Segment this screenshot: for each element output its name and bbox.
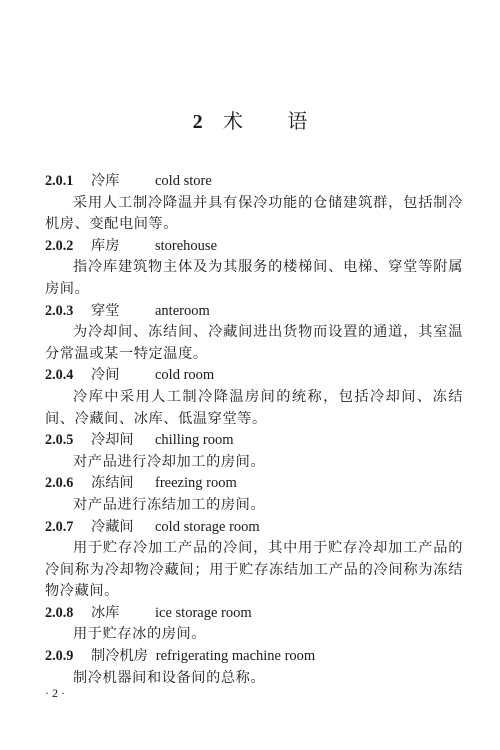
term-number: 2.0.5 — [45, 430, 91, 452]
term-heading: 2.0.4冷间cold room — [45, 365, 463, 387]
term-number: 2.0.4 — [45, 365, 91, 387]
term-number: 2.0.8 — [45, 603, 91, 625]
term-english: refrigerating machine room — [156, 648, 315, 664]
term-entry: 2.0.7冷藏间cold storage room 用于贮存冷加工产品的冷间，其… — [45, 517, 463, 603]
term-chinese: 穿堂 — [91, 301, 147, 323]
term-chinese: 冷库 — [91, 171, 147, 193]
term-definition: 对产品进行冷却加工的房间。 — [45, 452, 463, 474]
chapter-title: 2 术 语 — [0, 105, 500, 134]
term-number: 2.0.3 — [45, 301, 91, 323]
term-english: anteroom — [155, 303, 210, 319]
term-entry: 2.0.8冰库ice storage room 用于贮存冰的房间。 — [45, 603, 463, 646]
term-heading: 2.0.3穿堂anteroom — [45, 301, 463, 323]
term-chinese: 库房 — [91, 236, 147, 258]
term-number: 2.0.9 — [45, 646, 91, 668]
chapter-number: 2 — [193, 111, 203, 133]
chapter-title-char-1: 术 — [223, 109, 243, 133]
term-entry: 2.0.1冷库cold store 采用人工制冷降温并具有保冷功能的仓储建筑群，… — [45, 171, 463, 236]
term-heading: 2.0.2库房storehouse — [45, 236, 463, 258]
term-heading: 2.0.1冷库cold store — [45, 171, 463, 193]
term-heading: 2.0.6冻结间freezing room — [45, 473, 463, 495]
term-definition: 采用人工制冷降温并具有保冷功能的仓储建筑群，包括制冷机房、变配电间等。 — [45, 193, 463, 236]
term-english: storehouse — [155, 238, 217, 254]
term-entry: 2.0.2库房storehouse 指冷库建筑物主体及为其服务的楼梯间、电梯、穿… — [45, 236, 463, 301]
term-chinese: 冻结间 — [91, 473, 147, 495]
page-number: · 2 · — [45, 686, 65, 701]
term-english: ice storage room — [155, 605, 252, 621]
term-english: cold room — [155, 367, 214, 383]
term-english: freezing room — [155, 475, 237, 491]
term-heading: 2.0.5冷却间chilling room — [45, 430, 463, 452]
term-english: cold store — [155, 173, 212, 189]
term-definition: 制冷机器间和设备间的总称。 — [45, 668, 463, 690]
term-number: 2.0.2 — [45, 236, 91, 258]
term-entry: 2.0.6冻结间freezing room 对产品进行冻结加工的房间。 — [45, 473, 463, 516]
term-entry: 2.0.4冷间cold room 冷库中采用人工制冷降温房间的统称，包括冷却间、… — [45, 365, 463, 430]
chapter-title-char-2: 语 — [287, 109, 307, 133]
term-entry: 2.0.9制冷机房refrigerating machine room 制冷机器… — [45, 646, 463, 689]
term-entry: 2.0.3穿堂anteroom 为冷却间、冻结间、冷藏间进出货物而设置的通道，其… — [45, 301, 463, 366]
term-chinese: 冷间 — [91, 365, 147, 387]
term-chinese: 冰库 — [91, 603, 147, 625]
term-definition: 指冷库建筑物主体及为其服务的楼梯间、电梯、穿堂等附属房间。 — [45, 257, 463, 300]
term-heading: 2.0.7冷藏间cold storage room — [45, 517, 463, 539]
term-chinese: 冷藏间 — [91, 517, 147, 539]
term-heading: 2.0.9制冷机房refrigerating machine room — [45, 646, 463, 668]
term-definition: 对产品进行冻结加工的房间。 — [45, 495, 463, 517]
term-definition: 为冷却间、冻结间、冷藏间进出货物而设置的通道，其室温分常温或某一特定温度。 — [45, 322, 463, 365]
term-number: 2.0.7 — [45, 517, 91, 539]
term-definition: 用于贮存冷加工产品的冷间，其中用于贮存冷却加工产品的冷间称为冷却物冷藏间；用于贮… — [45, 538, 463, 603]
term-entry: 2.0.5冷却间chilling room 对产品进行冷却加工的房间。 — [45, 430, 463, 473]
term-chinese: 冷却间 — [91, 430, 147, 452]
term-definition: 用于贮存冰的房间。 — [45, 624, 463, 646]
term-heading: 2.0.8冰库ice storage room — [45, 603, 463, 625]
terms-list: 2.0.1冷库cold store 采用人工制冷降温并具有保冷功能的仓储建筑群，… — [45, 171, 463, 689]
term-number: 2.0.6 — [45, 473, 91, 495]
term-chinese: 制冷机房 — [91, 646, 148, 668]
term-english: cold storage room — [155, 519, 260, 535]
term-number: 2.0.1 — [45, 171, 91, 193]
term-english: chilling room — [155, 432, 234, 448]
term-definition: 冷库中采用人工制冷降温房间的统称，包括冷却间、冻结间、冷藏间、冰库、低温穿堂等。 — [45, 387, 463, 430]
